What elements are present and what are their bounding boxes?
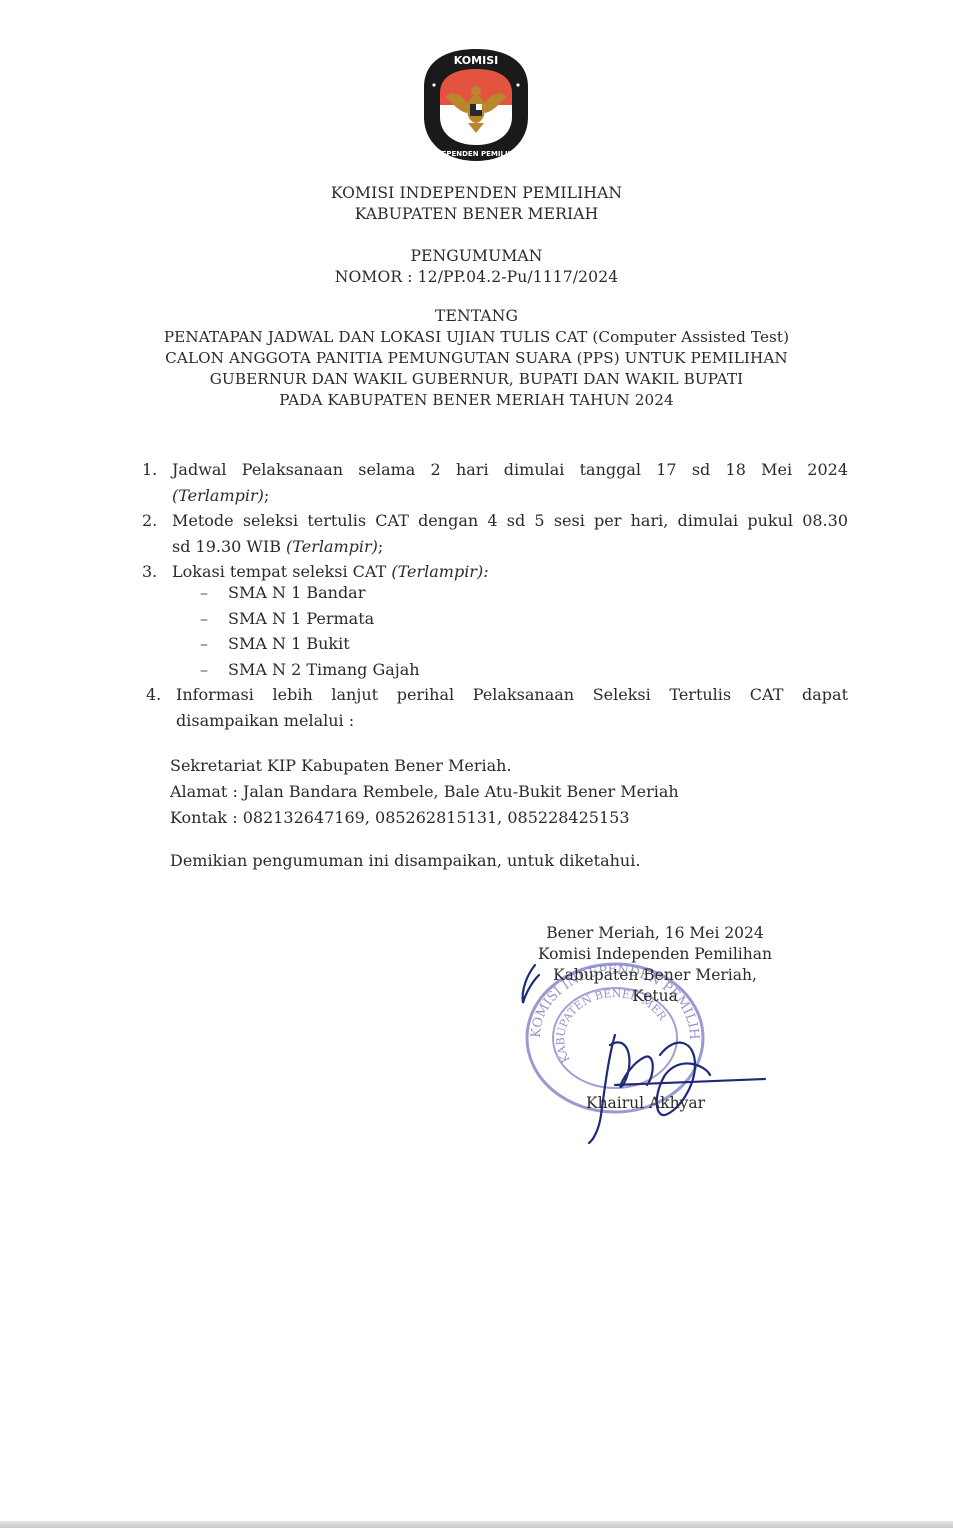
dash: – bbox=[200, 631, 208, 657]
item-number: 1. bbox=[142, 457, 157, 483]
doc-number: NOMOR : 12/PP.04.2-Pu/1117/2024 bbox=[0, 267, 953, 288]
item-text: Informasi lebih lanjut perihal Pelaksana… bbox=[176, 682, 848, 708]
item-text: Metode seleksi tertulis CAT dengan 4 sd … bbox=[172, 508, 848, 534]
org-name-line2: KABUPATEN BENER MERIAH bbox=[0, 204, 953, 225]
punctuation: ; bbox=[378, 537, 383, 556]
contact-phones: Kontak : 082132647169, 085262815131, 085… bbox=[170, 805, 679, 831]
contact-block: Sekretariat KIP Kabupaten Bener Meriah. … bbox=[170, 753, 679, 831]
location-name: SMA N 1 Permata bbox=[228, 609, 374, 628]
item-text: disampaikan melalui : bbox=[176, 708, 848, 734]
location-name: SMA N 1 Bandar bbox=[228, 583, 365, 602]
numbered-list-cont: 4. Informasi lebih lanjut perihal Pelaks… bbox=[146, 682, 848, 733]
list-item-2: 2. Metode seleksi tertulis CAT dengan 4 … bbox=[142, 508, 848, 559]
location-item: –SMA N 1 Bandar bbox=[200, 580, 420, 606]
doc-type: PENGUMUMAN bbox=[0, 246, 953, 267]
location-item: –SMA N 1 Permata bbox=[200, 606, 420, 632]
attachment-note: (Terlampir): bbox=[391, 562, 488, 581]
office-address: Alamat : Jalan Bandara Rembele, Bale Atu… bbox=[170, 779, 679, 805]
org-header: KOMISI INDEPENDEN PEMILIHAN KABUPATEN BE… bbox=[0, 183, 953, 225]
title-line: PADA KABUPATEN BENER MERIAH TAHUN 2024 bbox=[0, 390, 953, 411]
item-number: 3. bbox=[142, 559, 157, 585]
item-text: sd 19.30 WIB bbox=[172, 537, 286, 556]
title-line: CALON ANGGOTA PANITIA PEMUNGUTAN SUARA (… bbox=[0, 348, 953, 369]
item-number: 2. bbox=[142, 508, 157, 534]
item-text: Lokasi tempat seleksi CAT bbox=[172, 562, 391, 581]
attachment-note: (Terlampir) bbox=[172, 486, 264, 505]
location-list: –SMA N 1 Bandar –SMA N 1 Permata –SMA N … bbox=[200, 580, 420, 682]
handwritten-signature-icon bbox=[505, 945, 775, 1145]
item-number: 4. bbox=[146, 682, 161, 708]
list-item-1: 1. Jadwal Pelaksanaan selama 2 hari dimu… bbox=[142, 457, 848, 508]
kip-logo-icon: KOMISI INDEPENDEN PEMILIHAN bbox=[420, 47, 532, 163]
doc-subject: TENTANG PENATAPAN JADWAL DAN LOKASI UJIA… bbox=[0, 306, 953, 411]
location-name: SMA N 2 Timang Gajah bbox=[228, 660, 420, 679]
svg-text:INDEPENDEN PEMILIHAN: INDEPENDEN PEMILIHAN bbox=[427, 150, 525, 158]
org-name-line1: KOMISI INDEPENDEN PEMILIHAN bbox=[0, 183, 953, 204]
doc-heading: PENGUMUMAN NOMOR : 12/PP.04.2-Pu/1117/20… bbox=[0, 246, 953, 288]
list-item-4: 4. Informasi lebih lanjut perihal Pelaks… bbox=[146, 682, 848, 733]
page-bottom-edge bbox=[0, 1521, 953, 1528]
place-date: Bener Meriah, 16 Mei 2024 bbox=[500, 923, 810, 944]
location-item: –SMA N 2 Timang Gajah bbox=[200, 657, 420, 683]
dash: – bbox=[200, 606, 208, 632]
about-label: TENTANG bbox=[0, 306, 953, 327]
item-text: Jadwal Pelaksanaan selama 2 hari dimulai… bbox=[172, 457, 848, 483]
signer-name: Khairul Akhyar bbox=[586, 1094, 705, 1112]
dash: – bbox=[200, 580, 208, 606]
location-item: –SMA N 1 Bukit bbox=[200, 631, 420, 657]
doc-title: PENATAPAN JADWAL DAN LOKASI UJIAN TULIS … bbox=[0, 327, 953, 411]
closing-statement: Demikian pengumuman ini disampaikan, unt… bbox=[170, 851, 640, 870]
svg-text:KOMISI: KOMISI bbox=[454, 54, 498, 67]
attachment-note: (Terlampir) bbox=[286, 537, 378, 556]
location-name: SMA N 1 Bukit bbox=[228, 634, 350, 653]
title-line: GUBERNUR DAN WAKIL GUBERNUR, BUPATI DAN … bbox=[0, 369, 953, 390]
document-page: KOMISI INDEPENDEN PEMILIHAN KOMISI INDEP… bbox=[0, 0, 953, 1520]
office-name: Sekretariat KIP Kabupaten Bener Meriah. bbox=[170, 753, 679, 779]
numbered-list: 1. Jadwal Pelaksanaan selama 2 hari dimu… bbox=[142, 457, 848, 585]
title-line: PENATAPAN JADWAL DAN LOKASI UJIAN TULIS … bbox=[0, 327, 953, 348]
punctuation: ; bbox=[264, 486, 269, 505]
dash: – bbox=[200, 657, 208, 683]
